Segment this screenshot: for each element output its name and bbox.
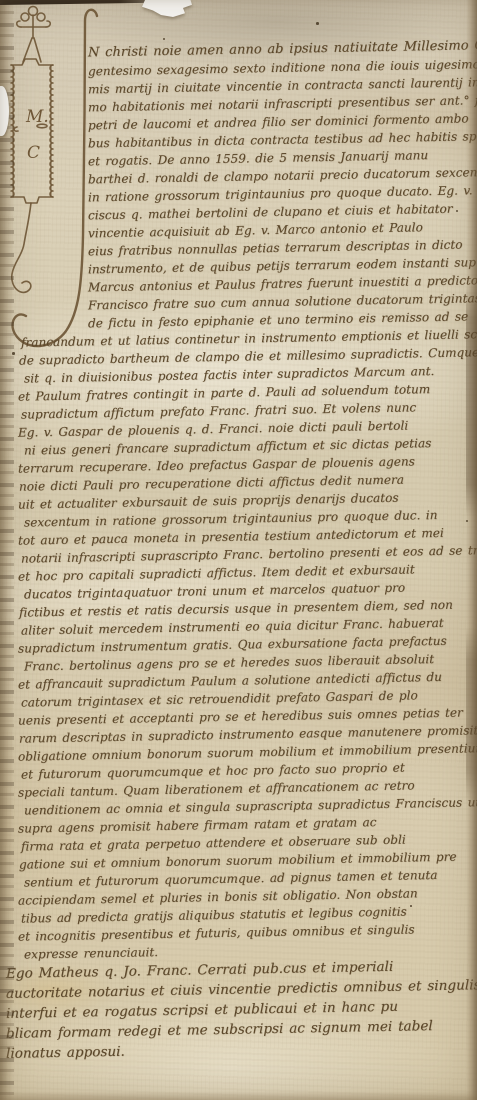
- paragraph-body: francandum et ut latius continetur in in…: [18, 325, 477, 963]
- paragraph-invocation: N christi noie amen anno ab ipsius natiu…: [88, 37, 477, 332]
- torn-notch-left: [0, 86, 9, 136]
- bottom-edge-shadow: [0, 1091, 477, 1100]
- ink-speck: [316, 22, 319, 25]
- manuscript-page: M. C N christi noie amen anno ab ipsius …: [0, 0, 477, 1100]
- ink-speck: [163, 38, 165, 40]
- torn-notch-top: [142, 0, 192, 17]
- notary-subscription: Ego Matheus q. Jo. Franc. Cerrati pub.cu…: [6, 955, 477, 1064]
- manuscript-text: N christi noie amen anno ab ipsius natiu…: [0, 37, 477, 1064]
